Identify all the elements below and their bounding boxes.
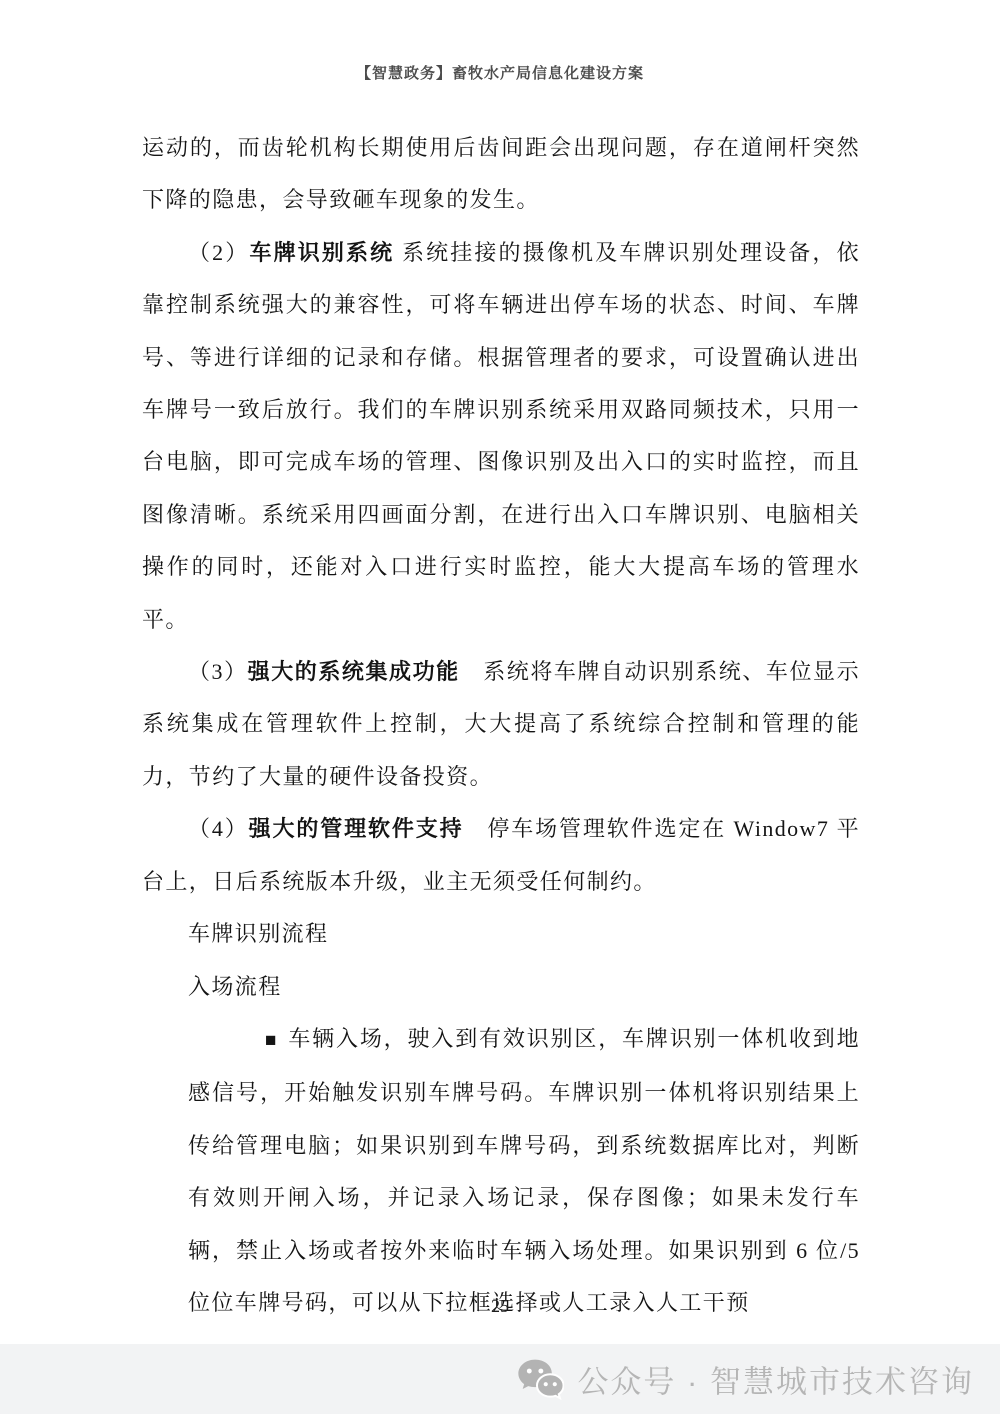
paragraph-text: 车牌识别流程 <box>188 921 328 946</box>
paragraph-text: 系统挂接的摄像机及车牌识别处理设备，依靠控制系统强大的兼容性，可将车辆进出停车场… <box>142 240 860 632</box>
paragraph-bold-heading: 强大的管理软件支持 <box>249 816 464 841</box>
page-header-title: 【智慧政务】畜牧水产局信息化建设方案 <box>0 62 1000 83</box>
paragraph-text: 入场流程 <box>188 974 282 999</box>
footer-band: 公众号 · 智慧城市技术咨询 <box>0 1344 1000 1414</box>
paragraph-bold-heading: 强大的系统集成功能 <box>248 659 460 684</box>
paragraph-system-integration: （3）强大的系统集成功能 系统将车牌自动识别系统、车位显示系统集成在管理软件上控… <box>142 646 860 803</box>
paragraph-software-support: （4）强大的管理软件支持 停车场管理软件选定在 Window7 平台上，日后系统… <box>142 803 860 908</box>
paragraph-entry-flow-bullet: ■车辆入场，驶入到有效识别区，车牌识别一体机收到地感信号，开始触发识别车牌号码。… <box>188 1013 860 1329</box>
document-page: { "colors": { "body_text": "#141414", "h… <box>0 0 1000 1414</box>
paragraph-license-plate-system: （2）车牌识别系统 系统挂接的摄像机及车牌识别处理设备，依靠控制系统强大的兼容性… <box>142 227 860 646</box>
watermark-text: 公众号 · 智慧城市技术咨询 <box>577 1357 974 1402</box>
bullet-marker: ■ <box>265 1030 278 1051</box>
paragraph-number: （3） <box>188 659 248 684</box>
paragraph-continuation: 运动的，而齿轮机构长期使用后齿间距会出现问题，存在道闸杆突然下降的隐患，会导致砸… <box>142 122 860 227</box>
paragraph-entry-flow-title: 入场流程 <box>142 961 860 1013</box>
wechat-watermark: 公众号 · 智慧城市技术咨询 <box>517 1357 974 1402</box>
paragraph-text: 运动的，而齿轮机构长期使用后齿间距会出现问题，存在道闸杆突然下降的隐患，会导致砸… <box>142 135 860 212</box>
wechat-icon <box>517 1357 564 1401</box>
page-number: 25 <box>0 1296 1000 1317</box>
paragraph-bold-heading: 车牌识别系统 <box>249 240 394 265</box>
paragraph-text: 车辆入场，驶入到有效识别区，车牌识别一体机收到地感信号，开始触发识别车牌号码。车… <box>188 1026 860 1315</box>
document-body: 运动的，而齿轮机构长期使用后齿间距会出现问题，存在道闸杆突然下降的隐患，会导致砸… <box>142 122 860 1329</box>
paragraph-number: （4） <box>188 816 249 841</box>
paragraph-number: （2） <box>188 240 249 265</box>
paragraph-recognition-flow-title: 车牌识别流程 <box>142 908 860 960</box>
